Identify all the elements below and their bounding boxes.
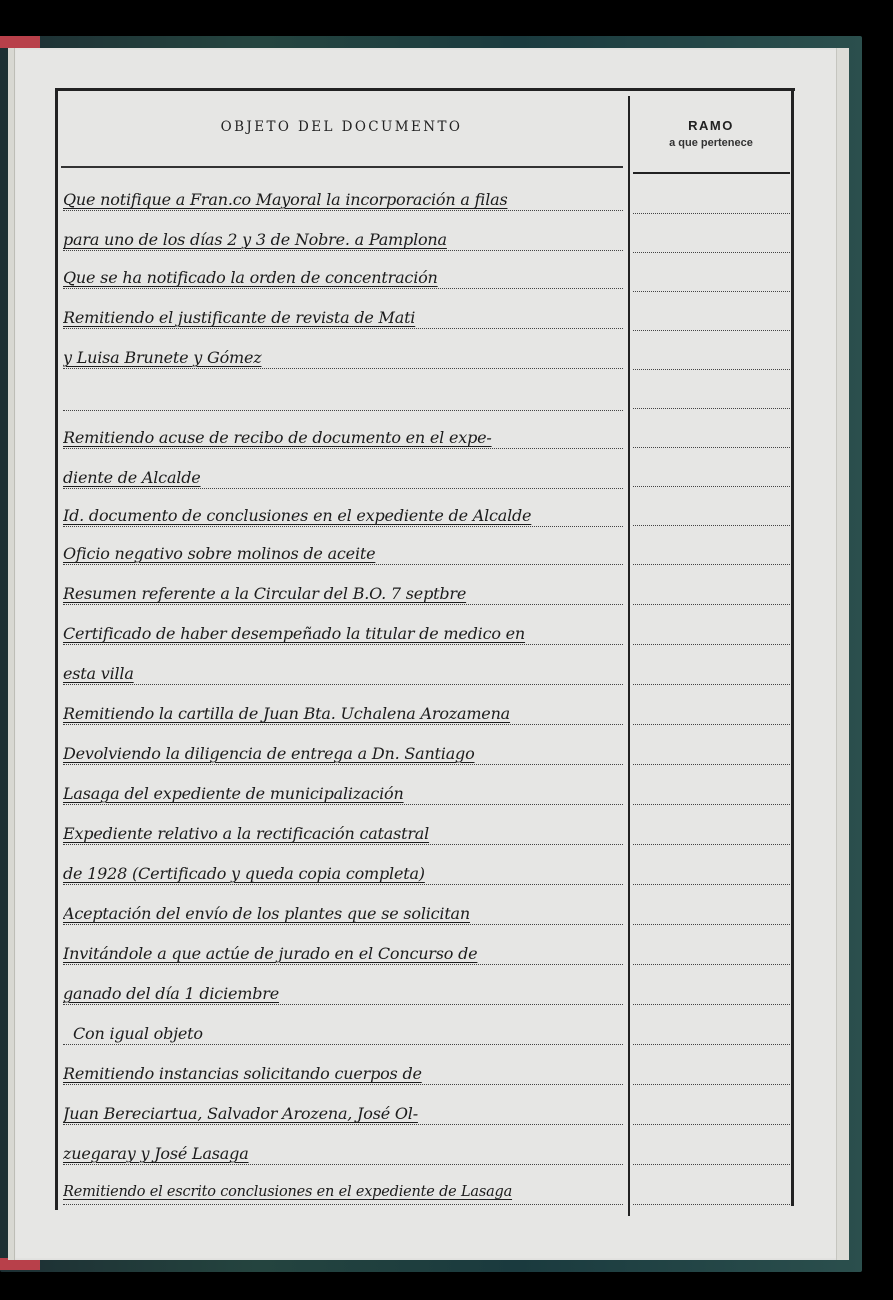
ruled-line-ramo [633,964,790,965]
ruled-line-ramo [633,1044,790,1045]
scanned-ledger-page: OBJETO DEL DOCUMENTO RAMO a que pertenec… [0,0,893,1300]
ruled-line [63,564,623,565]
ruled-line-ramo [633,764,790,765]
entry-line: Resumen referente a la Circular del B.O.… [63,584,628,603]
entry-line: Id. documento de conclusiones en el expe… [63,506,628,525]
ruled-line [63,250,623,251]
ruled-line [63,1004,623,1005]
entry-line: Que se ha notificado la orden de concent… [63,268,628,287]
entry-line: Juan Bereciartua, Salvador Arozena, José… [63,1104,628,1123]
ruled-line [63,368,623,369]
entry-line: ganado del día 1 diciembre [63,984,628,1003]
ruled-line-ramo [633,291,790,292]
ruled-line-ramo [633,525,790,526]
entry-line: Remitiendo el justificante de revista de… [63,308,628,327]
ruled-line [63,644,623,645]
ruled-line [63,448,623,449]
column-header-ramo: RAMO [631,118,791,133]
ruled-line [63,410,623,411]
entry-line: esta villa [63,664,628,683]
ledger-table: OBJETO DEL DOCUMENTO RAMO a que pertenec… [55,88,795,1216]
ruled-line [63,1204,623,1205]
column-divider [628,96,630,1216]
ruled-line [63,210,623,211]
ruled-line [63,526,623,527]
entry-line: Remitiendo la cartilla de Juan Bta. Ucha… [63,704,628,723]
entry-line: Remitiendo instancias solicitando cuerpo… [63,1064,628,1083]
cover-red-corner-top [0,36,40,48]
ruled-line-ramo [633,724,790,725]
ruled-line-ramo [633,447,790,448]
ruled-line-ramo [633,213,790,214]
entry-line: Certificado de haber desempeñado la titu… [63,624,628,643]
ruled-line [63,844,623,845]
ruled-line-ramo [633,1124,790,1125]
entry-line: para uno de los días 2 y 3 de Nobre. a P… [63,230,628,249]
ruled-line-ramo [633,844,790,845]
header-rule [61,166,623,168]
entry-line: zuegaray y José Lasaga [63,1144,628,1163]
ruled-line-ramo [633,924,790,925]
column-header-ramo-subtitle: a que pertenece [631,137,791,149]
ruled-line [63,288,623,289]
entry-line: Aceptación del envío de los plantes que … [63,904,628,923]
ruled-line-ramo [633,330,790,331]
table-right-border [791,88,794,1206]
ruled-line [63,1164,623,1165]
ruled-line [63,964,623,965]
ruled-line-ramo [633,884,790,885]
ruled-line-ramo [633,486,790,487]
ruled-line-ramo [633,1164,790,1165]
entry-line: Expediente relativo a la rectificación c… [63,824,628,843]
ruled-line [63,604,623,605]
ruled-line-ramo [633,604,790,605]
ruled-line [63,684,623,685]
entry-line: de 1928 (Certificado y queda copia compl… [63,864,628,883]
table-top-border [55,88,795,91]
column-header-objeto: OBJETO DEL DOCUMENTO [55,119,628,135]
entry-line: Con igual objeto [63,1024,638,1043]
ruled-line [63,328,623,329]
ruled-line [63,804,623,805]
entry-line: y Luisa Brunete y Gómez [63,348,628,367]
table-left-border [55,88,58,1210]
entry-line: Invitándole a que actúe de jurado en el … [63,944,628,963]
entry-line: Devolviendo la diligencia de entrega a D… [63,744,628,763]
ruled-line [63,1044,623,1045]
ruled-line [63,1124,623,1125]
ruled-line-ramo [633,804,790,805]
entry-line: Remitiendo acuse de recibo de documento … [63,428,628,447]
entry-line: Oficio negativo sobre molinos de aceite [63,544,628,563]
ruled-line [63,1084,623,1085]
ruled-line-ramo [633,1004,790,1005]
ruled-line-ramo [633,1204,790,1205]
entry-line: Que notifique a Fran.co Mayoral la incor… [63,190,628,209]
ruled-line [63,884,623,885]
ruled-line-ramo [633,644,790,645]
entry-line: diente de Alcalde [63,468,628,487]
ruled-line-ramo [633,564,790,565]
ruled-line-ramo [633,1084,790,1085]
ruled-line-ramo [633,252,790,253]
ruled-line-ramo [633,684,790,685]
entry-line: Lasaga del expediente de municipalizació… [63,784,628,803]
ruled-line [63,724,623,725]
ruled-line [63,764,623,765]
ruled-line-ramo [633,408,790,409]
ruled-line-ramo [633,369,790,370]
ruled-line [63,488,623,489]
header-rule-ramo [633,172,790,174]
entry-line: Remitiendo el escrito conclusiones en el… [63,1184,628,1200]
ruled-line [63,924,623,925]
page-gutter [8,48,15,1260]
page-edge [836,48,849,1260]
